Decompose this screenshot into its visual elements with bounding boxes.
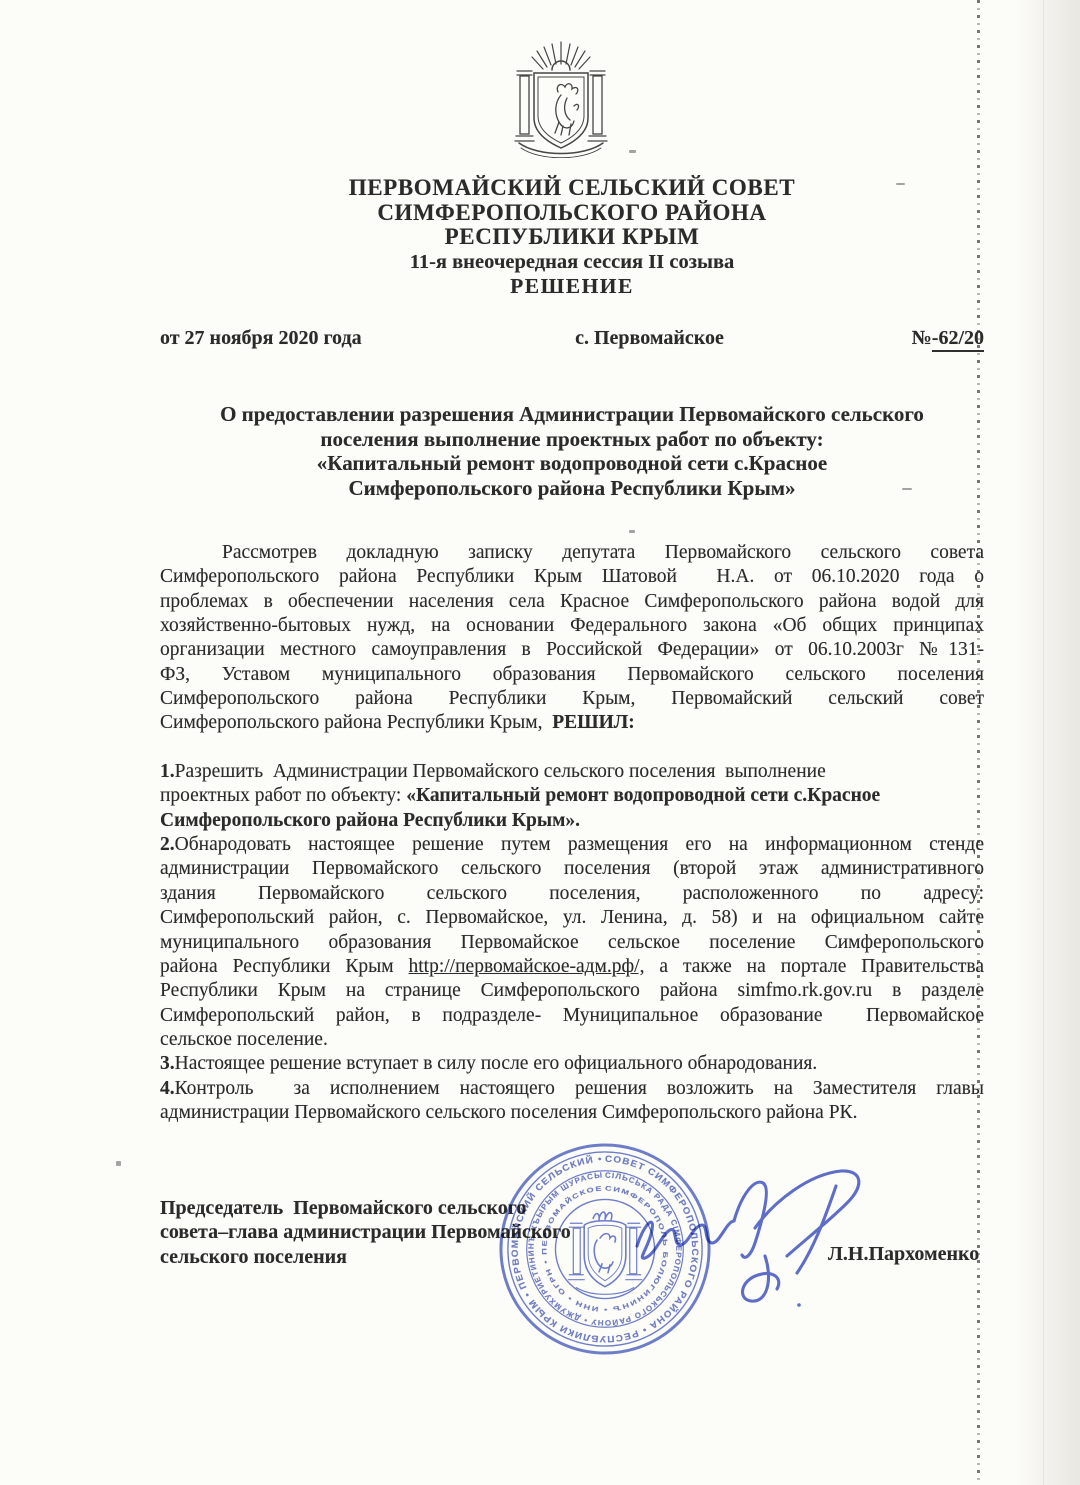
- resolution-item-1: 1.Разрешить Администрации Первомайского …: [160, 760, 984, 833]
- scan-speck: [896, 183, 905, 185]
- document-number: №-62/20: [834, 327, 984, 350]
- text-line: здания Первомайского сельского поселения…: [160, 882, 984, 906]
- pen-signature: [615, 1158, 905, 1340]
- text-segment: Симферопольского района Республики Крым»…: [160, 810, 580, 831]
- text-line: О предоставлении разрешения Администраци…: [160, 402, 984, 427]
- text-line: администрации Первомайского сельского по…: [160, 857, 984, 881]
- text-segment: 3.: [160, 1053, 175, 1074]
- document-place: с. Первомайское: [465, 327, 834, 350]
- scan-speck: [116, 1161, 121, 1166]
- document-type-title: РЕШЕНИЕ: [160, 274, 984, 299]
- scan-edge-line: [1043, 0, 1044, 1485]
- text-segment: РЕШИЛ:: [552, 712, 635, 733]
- text-segment: Симферопольского района Республики Крым,…: [160, 688, 984, 709]
- text-segment: Настоящее решение вступает в силу после …: [175, 1053, 818, 1074]
- text-line: администрации Первомайского сельского по…: [160, 1101, 984, 1125]
- text-segment: организации местного самоуправления в Ро…: [160, 639, 984, 660]
- text-line: проектных работ по объекту: «Капитальный…: [160, 784, 984, 808]
- text-line: «Капитальный ремонт водопроводной сети с…: [160, 451, 984, 476]
- text-segment: района Республики Крым: [160, 956, 409, 977]
- text-segment: хозяйственно-бытовых нужд, на основании …: [160, 615, 984, 636]
- scanned-document-page: ПЕРВОМАЙСКИЙ СЕЛЬСКИЙ СОВЕТ СИМФЕРОПОЛЬС…: [0, 0, 1080, 1485]
- scan-speck: [629, 530, 635, 533]
- text-segment: Рассмотрев докладную записку депутата Пе…: [222, 542, 984, 563]
- crimea-coat-of-arms-icon: [514, 40, 608, 158]
- text-segment: Контроль за исполнением настоящего решен…: [175, 1078, 984, 1099]
- text-line: поселения выполнение проектных работ по …: [160, 427, 984, 452]
- text-segment: Симферопольского района Республики Крым,: [160, 712, 552, 733]
- text-segment: а также на портале Правительства: [644, 956, 984, 977]
- scan-speck: [902, 488, 912, 490]
- text-segment: Республики Крым на странице Симферопольс…: [160, 980, 984, 1001]
- text-line: 3.Настоящее решение вступает в силу посл…: [160, 1052, 984, 1076]
- text-segment: сельское поселение.: [160, 1029, 328, 1050]
- text-line: Симферопольского района Республики Крым …: [160, 565, 984, 589]
- preamble-paragraph: Рассмотрев докладную записку депутата Пе…: [160, 541, 984, 736]
- scan-speck: [629, 150, 636, 153]
- resolution-item-4: 4.Контроль за исполнением настоящего реш…: [160, 1077, 984, 1126]
- org-name-line: РЕСПУБЛИКИ КРЫМ: [160, 225, 984, 250]
- text-line: Симферопольского района Республики Крым»…: [160, 809, 984, 833]
- text-segment: 1.: [160, 761, 175, 782]
- text-line: 4.Контроль за исполнением настоящего реш…: [160, 1077, 984, 1101]
- text-line: 2.Обнародовать настоящее решение путем р…: [160, 833, 984, 857]
- text-segment: 4.: [160, 1078, 175, 1099]
- text-line: ФЗ, Уставом муниципального образования П…: [160, 663, 984, 687]
- number-value: -62/20: [932, 327, 984, 352]
- text-segment: Симферопольского района Республики Крым …: [160, 566, 984, 587]
- resolution-item-2: 2.Обнародовать настоящее решение путем р…: [160, 833, 984, 1052]
- text-segment: 2.: [160, 834, 175, 855]
- text-line: проблемах в обеспечении населения села К…: [160, 590, 984, 614]
- text-segment: администрации Первомайского сельского по…: [160, 1102, 857, 1123]
- text-line: Симферопольского района Республики Крым,…: [160, 711, 984, 735]
- number-sign: №: [912, 327, 932, 349]
- text-segment: проблемах в обеспечении населения села К…: [160, 591, 984, 612]
- session-line: 11-я внеочередная сессия II созыва: [160, 250, 984, 275]
- text-line: 1.Разрешить Администрации Первомайского …: [160, 760, 984, 784]
- text-segment: Симферопольский район, с. Первомайское, …: [160, 907, 984, 928]
- document-body: Рассмотрев докладную записку депутата Пе…: [160, 541, 984, 1125]
- text-line: района Республики Крым http://первомайск…: [160, 955, 984, 979]
- text-segment: ФЗ, Уставом муниципального образования П…: [160, 664, 984, 685]
- text-line: хозяйственно-бытовых нужд, на основании …: [160, 614, 984, 638]
- text-segment: Разрешить Администрации Первомайского се…: [175, 761, 826, 782]
- text-segment: Симферопольский район, в подразделе- Мун…: [160, 1005, 984, 1026]
- resolution-item-3: 3.Настоящее решение вступает в силу посл…: [160, 1052, 984, 1076]
- text-line: Рассмотрев докладную записку депутата Пе…: [160, 541, 984, 565]
- document-subject: О предоставлении разрешения Администраци…: [160, 402, 984, 500]
- text-segment: поселения выполнение проектных работ по …: [320, 427, 823, 451]
- org-name-line: ПЕРВОМАЙСКИЙ СЕЛЬСКИЙ СОВЕТ: [160, 176, 984, 201]
- document-header: ПЕРВОМАЙСКИЙ СЕЛЬСКИЙ СОВЕТ СИМФЕРОПОЛЬС…: [160, 176, 984, 299]
- document-date: от 27 ноября 2020 года: [160, 327, 465, 350]
- text-segment: «Капитальный ремонт водопроводной сети с…: [406, 785, 880, 806]
- text-segment: Симферопольского района Республики Крым»: [348, 476, 795, 500]
- text-line: муниципального образования Первомайское …: [160, 931, 984, 955]
- text-segment: муниципального образования Первомайское …: [160, 932, 984, 953]
- text-segment: администрации Первомайского сельского по…: [160, 858, 984, 879]
- text-segment: здания Первомайского сельского поселения…: [160, 883, 984, 904]
- text-segment: О предоставлении разрешения Администраци…: [220, 402, 924, 426]
- text-segment: «Капитальный ремонт водопроводной сети с…: [317, 451, 827, 475]
- text-line: Симферопольский район, с. Первомайское, …: [160, 906, 984, 930]
- document-meta-row: от 27 ноября 2020 года с. Первомайское №…: [160, 327, 984, 350]
- text-segment: Обнародовать настоящее решение путем раз…: [175, 834, 984, 855]
- text-line: Симферопольского района Республики Крым,…: [160, 687, 984, 711]
- site-url: http://первомайское-адм.рф/,: [409, 956, 645, 977]
- org-name-line: СИМФЕРОПОЛЬСКОГО РАЙОНА: [160, 201, 984, 226]
- text-line: Симферопольский район, в подразделе- Мун…: [160, 1004, 984, 1028]
- text-line: организации местного самоуправления в Ро…: [160, 638, 984, 662]
- text-line: Республики Крым на странице Симферопольс…: [160, 979, 984, 1003]
- text-segment: проектных работ по объекту:: [160, 785, 406, 806]
- text-line: сельское поселение.: [160, 1028, 984, 1052]
- text-line: Симферопольского района Республики Крым»: [160, 476, 984, 501]
